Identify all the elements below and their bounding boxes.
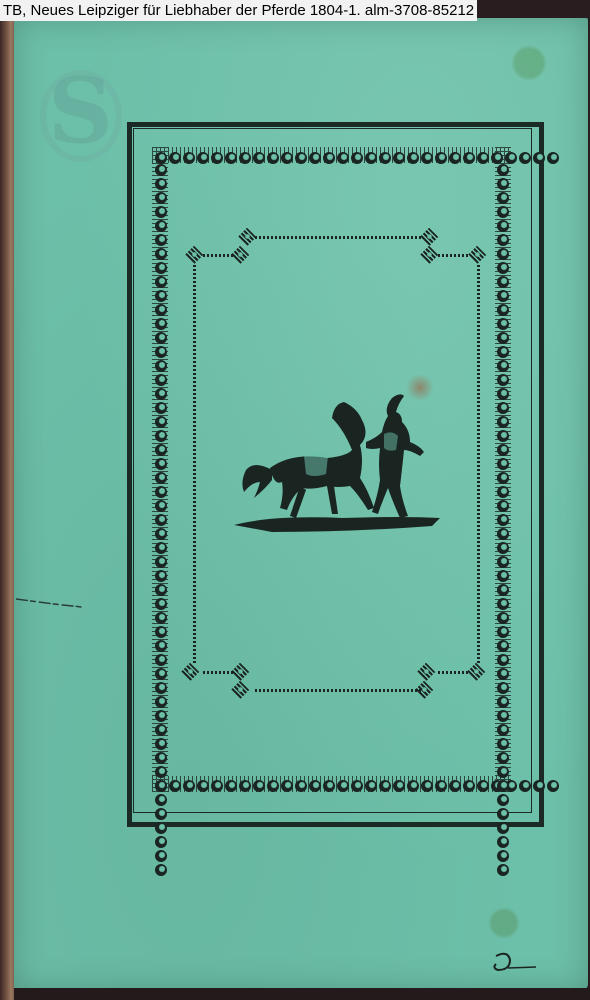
bead-ornament — [155, 864, 167, 876]
bead-ornament — [197, 152, 209, 164]
bead-ornament — [155, 808, 167, 820]
bead-ornament — [497, 822, 509, 834]
bead-ornament — [533, 152, 545, 164]
bead-ornament — [155, 500, 167, 512]
bead-ornament — [239, 780, 251, 792]
bead-ornament — [497, 500, 509, 512]
bead-ornament — [497, 654, 509, 666]
bead-ornament — [155, 780, 167, 792]
bead-border-left — [155, 164, 167, 876]
bead-ornament — [497, 808, 509, 820]
bead-ornament — [497, 794, 509, 806]
bead-ornament — [497, 192, 509, 204]
bead-ornament — [155, 794, 167, 806]
bead-ornament — [155, 710, 167, 722]
bead-ornament — [497, 486, 509, 498]
bead-ornament — [155, 458, 167, 470]
bead-ornament — [155, 304, 167, 316]
bead-ornament — [155, 430, 167, 442]
bead-ornament — [155, 332, 167, 344]
bead-ornament — [435, 780, 447, 792]
bead-ornament — [497, 668, 509, 680]
bead-ornament — [421, 780, 433, 792]
bead-ornament — [497, 696, 509, 708]
bead-ornament — [497, 612, 509, 624]
bead-ornament — [519, 780, 531, 792]
bead-ornament — [253, 780, 265, 792]
bead-border-top — [155, 152, 559, 164]
bead-ornament — [497, 402, 509, 414]
bead-ornament — [463, 152, 475, 164]
bead-ornament — [365, 152, 377, 164]
pencil-number-mark — [490, 948, 540, 978]
faded-stamp-letter: S — [48, 58, 113, 164]
bead-ornament — [365, 780, 377, 792]
bead-ornament — [183, 780, 195, 792]
bead-ornament — [155, 486, 167, 498]
bead-ornament — [393, 152, 405, 164]
bead-ornament — [407, 152, 419, 164]
bead-ornament — [155, 262, 167, 274]
bead-ornament — [497, 332, 509, 344]
bead-ornament — [463, 780, 475, 792]
bead-ornament — [497, 864, 509, 876]
bead-ornament — [497, 304, 509, 316]
bead-ornament — [155, 640, 167, 652]
bead-ornament — [497, 780, 509, 792]
bead-ornament — [497, 584, 509, 596]
bead-ornament — [497, 430, 509, 442]
bead-ornament — [225, 152, 237, 164]
bead-ornament — [155, 738, 167, 750]
bead-ornament — [155, 220, 167, 232]
bead-ornament — [497, 262, 509, 274]
bead-ornament — [155, 178, 167, 190]
bead-ornament — [155, 206, 167, 218]
bead-ornament — [155, 402, 167, 414]
bead-ornament — [309, 780, 321, 792]
bottom-shadow — [14, 988, 590, 1000]
ink-scratch — [14, 597, 84, 609]
bead-ornament — [225, 780, 237, 792]
bead-ornament — [497, 472, 509, 484]
bead-ornament — [505, 152, 517, 164]
bead-ornament — [155, 164, 167, 176]
bead-ornament — [323, 780, 335, 792]
bead-ornament — [393, 780, 405, 792]
bead-ornament — [155, 472, 167, 484]
bead-ornament — [281, 780, 293, 792]
bead-ornament — [295, 152, 307, 164]
bead-ornament — [497, 360, 509, 372]
bead-ornament — [497, 682, 509, 694]
bead-ornament — [239, 152, 251, 164]
bead-ornament — [497, 178, 509, 190]
bead-ornament — [155, 556, 167, 568]
bead-ornament — [497, 164, 509, 176]
bead-ornament — [155, 626, 167, 638]
bead-ornament — [497, 528, 509, 540]
bead-ornament — [497, 444, 509, 456]
bead-ornament — [497, 458, 509, 470]
bead-ornament — [497, 416, 509, 428]
bead-ornament — [497, 220, 509, 232]
bead-ornament — [497, 570, 509, 582]
bead-ornament — [155, 570, 167, 582]
bead-ornament — [155, 822, 167, 834]
bead-ornament — [497, 626, 509, 638]
bead-ornament — [379, 780, 391, 792]
bead-ornament — [155, 248, 167, 260]
bead-ornament — [267, 780, 279, 792]
bead-ornament — [379, 152, 391, 164]
bead-ornament — [547, 152, 559, 164]
bead-ornament — [407, 780, 419, 792]
bead-ornament — [169, 780, 181, 792]
bead-ornament — [497, 248, 509, 260]
bead-ornament — [155, 416, 167, 428]
bead-ornament — [497, 346, 509, 358]
bead-ornament — [497, 542, 509, 554]
bead-ornament — [155, 598, 167, 610]
bead-ornament — [155, 612, 167, 624]
bead-ornament — [449, 152, 461, 164]
bead-ornament — [497, 836, 509, 848]
bead-ornament — [497, 710, 509, 722]
bead-ornament — [497, 766, 509, 778]
bead-ornament — [155, 374, 167, 386]
bead-ornament — [155, 528, 167, 540]
horse-and-groom-woodcut — [232, 390, 447, 540]
bead-ornament — [155, 444, 167, 456]
bead-ornament — [519, 152, 531, 164]
bead-ornament — [337, 152, 349, 164]
bead-ornament — [497, 850, 509, 862]
bead-ornament — [155, 654, 167, 666]
bead-ornament — [155, 234, 167, 246]
bead-ornament — [435, 152, 447, 164]
bead-ornament — [351, 780, 363, 792]
bead-ornament — [155, 318, 167, 330]
bead-ornament — [497, 318, 509, 330]
bead-ornament — [281, 152, 293, 164]
bead-ornament — [155, 346, 167, 358]
bead-ornament — [155, 766, 167, 778]
bead-ornament — [183, 152, 195, 164]
bead-ornament — [497, 752, 509, 764]
bead-border-right — [497, 164, 509, 876]
bead-ornament — [533, 780, 545, 792]
bead-ornament — [211, 780, 223, 792]
bead-ornament — [477, 152, 489, 164]
bead-ornament — [497, 290, 509, 302]
bead-ornament — [497, 556, 509, 568]
bead-ornament — [155, 668, 167, 680]
bead-ornament — [421, 152, 433, 164]
bead-ornament — [155, 290, 167, 302]
bead-ornament — [155, 276, 167, 288]
bead-ornament — [155, 682, 167, 694]
bead-ornament — [497, 640, 509, 652]
bead-ornament — [295, 780, 307, 792]
bead-ornament — [497, 514, 509, 526]
bead-ornament — [155, 542, 167, 554]
bead-ornament — [155, 696, 167, 708]
bead-ornament — [197, 780, 209, 792]
bead-ornament — [155, 152, 167, 164]
bead-ornament — [449, 780, 461, 792]
bead-ornament — [497, 276, 509, 288]
bead-ornament — [169, 152, 181, 164]
bead-ornament — [155, 850, 167, 862]
bead-ornament — [155, 752, 167, 764]
bead-ornament — [491, 152, 503, 164]
bead-ornament — [497, 598, 509, 610]
bead-ornament — [155, 388, 167, 400]
bead-ornament — [337, 780, 349, 792]
bead-ornament — [155, 584, 167, 596]
bead-ornament — [323, 152, 335, 164]
bead-ornament — [155, 514, 167, 526]
bead-ornament — [155, 724, 167, 736]
bead-ornament — [497, 206, 509, 218]
bead-ornament — [267, 152, 279, 164]
image-caption: TB, Neues Leipziger für Liebhaber der Pf… — [0, 0, 477, 21]
bead-ornament — [211, 152, 223, 164]
bead-ornament — [497, 724, 509, 736]
bead-ornament — [477, 780, 489, 792]
bead-ornament — [155, 836, 167, 848]
bead-ornament — [309, 152, 321, 164]
bead-ornament — [253, 152, 265, 164]
bead-ornament — [155, 360, 167, 372]
bead-ornament — [155, 192, 167, 204]
bead-ornament — [497, 374, 509, 386]
bead-ornament — [351, 152, 363, 164]
bead-ornament — [497, 738, 509, 750]
bead-ornament — [497, 388, 509, 400]
bead-ornament — [497, 234, 509, 246]
bead-ornament — [547, 780, 559, 792]
